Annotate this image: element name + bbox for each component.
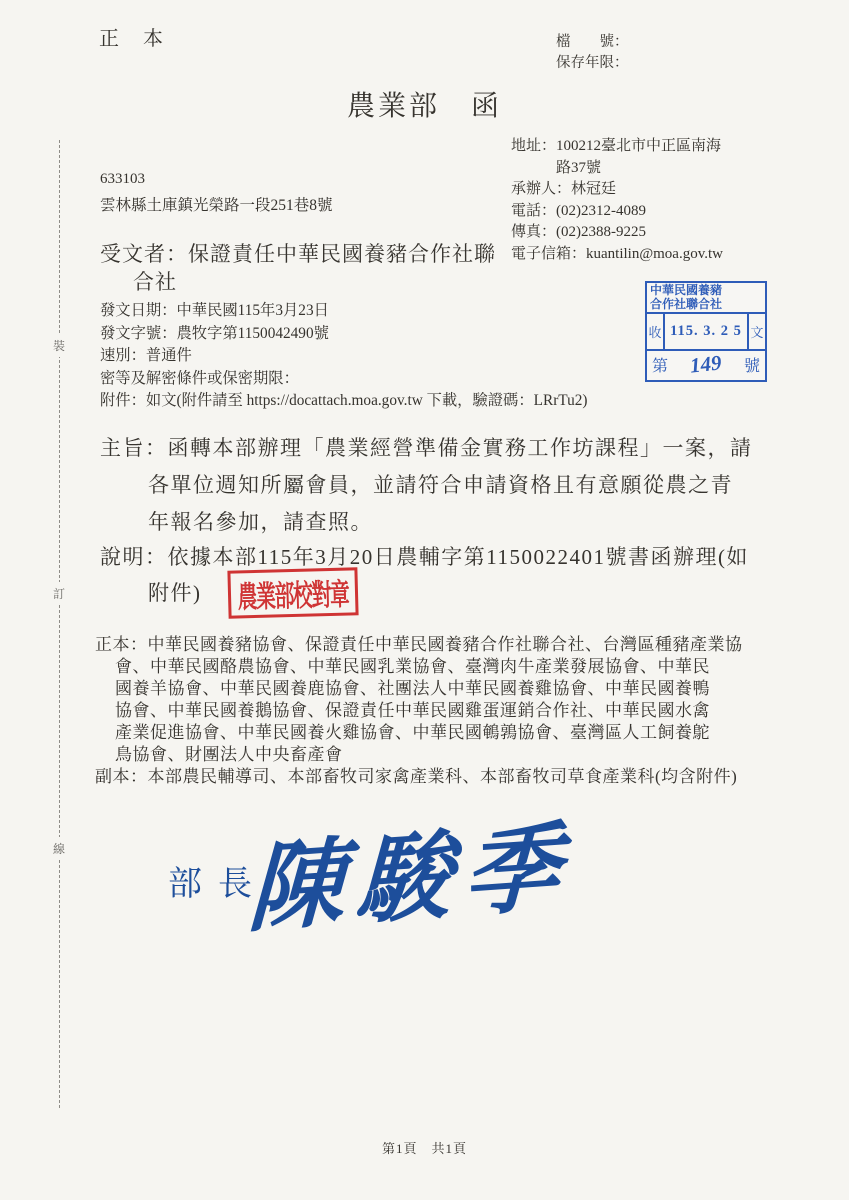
recipient-address: 雲林縣土庫鎮光榮路一段251巷8號 [100, 193, 333, 215]
receive-stamp-org-row2: 合作社聯合社 [650, 298, 762, 312]
receive-stamp-no-prefix: 第 [652, 353, 668, 376]
subject-text-2: 各單位週知所屬會員，並請符合申請資格且有意願從農之青 [100, 467, 753, 504]
issue-date: 發文日期：中華民國115年3月23日 [100, 300, 588, 323]
primary-copy-text-5: 產業促進協會、中華民國養火雞協會、中華民國鵪鶉協會、臺灣區人工飼養鴕 [95, 722, 743, 744]
sender-address-line2: 路37號 [511, 158, 723, 180]
issue-number: 發文字號：農牧字第1150042490號 [100, 323, 588, 346]
file-number-block: 檔 號： 保存年限： [556, 32, 629, 74]
recipient-zip: 633103 [100, 171, 145, 188]
document-meta-block: 發文日期：中華民國115年3月23日 發文字號：農牧字第1150042490號 … [100, 300, 588, 413]
primary-copy-text-2: 會、中華民國酪農協會、中華民國乳業協會、臺灣肉牛產業發展協會、中華民 [95, 656, 743, 678]
attachment-note: 附件：如文(附件請至 https://docattach.moa.gov.tw … [100, 390, 588, 413]
binding-mark-xian: 線 [51, 837, 67, 860]
cc-copy-line: 副本：本部農民輔導司、本部畜牧司家禽產業科、本部畜牧司草食產業科(均含附件) [95, 766, 743, 788]
page-number-footer: 第1頁 共1頁 [0, 1138, 849, 1157]
receive-stamp-wen: 文 [747, 314, 765, 349]
explanation-line1: 說明：依據本部115年3月20日農輔字第1150022401號書函辦理(如 [100, 539, 749, 575]
primary-copy-text-3: 國養羊協會、中華民國養鹿協會、社團法人中華民國養雞協會、中華民國養鴨 [95, 678, 743, 700]
receive-stamp-no-value: 149 [689, 350, 723, 378]
copy-type-label: 正 本 [99, 22, 165, 51]
copies-block: 正本：中華民國養豬協會、保證責任中華民國養豬合作社聯合社、台灣區種豬產業協 會、… [95, 634, 743, 788]
retention-label: 保存年限： [556, 53, 629, 74]
cc-copy-text: 本部農民輔導司、本部畜牧司家禽產業科、本部畜牧司草食產業科(均含附件) [148, 767, 738, 786]
explanation-text-1: 依據本部115年3月20日農輔字第1150022401號書函辦理(如 [168, 545, 749, 569]
agency-red-seal-text: 農業部校對章 [237, 570, 349, 617]
receive-stamp-no-suffix: 號 [744, 353, 760, 376]
subject-line1: 主旨：函轉本部辦理「農業經營準備金實務工作坊課程」一案，請 [100, 430, 753, 467]
document-title: 農業部 函 [0, 84, 849, 124]
explanation-block: 說明：依據本部115年3月20日農輔字第1150022401號書函辦理(如 附件… [100, 539, 749, 611]
binding-mark-ding: 訂 [51, 582, 67, 605]
primary-copy-text-1: 中華民國養豬協會、保證責任中華民國養豬合作社聯合社、台灣區種豬產業協 [148, 635, 743, 654]
receive-stamp-org-row1: 中華民國養豬 [650, 284, 762, 298]
sender-fax: 傳真：(02)2388-9225 [511, 222, 723, 244]
receive-stamp-shou: 收 [647, 314, 665, 349]
subject-text-3: 年報名參加，請查照。 [100, 504, 753, 541]
agency-red-seal: 農業部校對章 [227, 567, 358, 618]
sender-email: 電子信箱：kuantilin@moa.gov.tw [511, 244, 723, 266]
binding-mark-zhuang: 裝 [51, 334, 67, 357]
recipient-line2: 合社 [133, 266, 177, 296]
sender-info-block: 地址：100212臺北市中正區南海 路37號 承辦人：林冠廷 電話：(02)23… [511, 136, 723, 265]
subject-block: 主旨：函轉本部辦理「農業經營準備金實務工作坊課程」一案，請 各單位週知所屬會員，… [100, 430, 753, 541]
primary-copy-text-6: 鳥協會、財團法人中央畜產會 [95, 744, 743, 766]
minister-signature: 陳駿季 [246, 790, 574, 950]
receive-stamp-number-row: 第 149 號 [647, 351, 765, 377]
explanation-label: 說明： [100, 545, 168, 569]
receive-stamp: 中華民國養豬 合作社聯合社 收 115. 3. 2 5 文 第 149 號 [645, 281, 767, 382]
subject-label: 主旨： [100, 436, 168, 460]
security-class: 密等及解密條件或保密期限： [100, 368, 588, 391]
primary-copy-text-4: 協會、中華民國養鵝協會、保證責任中華民國雞蛋運銷合作社、中華民國水禽 [95, 700, 743, 722]
file-number-label: 檔 號： [556, 32, 629, 53]
sender-address-line1: 地址：100212臺北市中正區南海 [511, 136, 723, 158]
speed-class: 速別：普通件 [100, 345, 588, 368]
sender-contact-person: 承辦人：林冠廷 [511, 179, 723, 201]
receive-stamp-date: 115. 3. 2 5 [665, 314, 747, 349]
scanned-letter-page: 裝 訂 線 正 本 檔 號： 保存年限： 農業部 函 地址：100212臺北市中… [0, 0, 849, 1200]
explanation-text-2: 附件) [100, 575, 749, 611]
recipient-line1: 受文者：保證責任中華民國養豬合作社聯 [100, 238, 496, 268]
primary-copy-label: 正本： [95, 635, 148, 654]
sender-phone: 電話：(02)2312-4089 [511, 201, 723, 223]
receive-stamp-org: 中華民國養豬 合作社聯合社 [647, 283, 765, 311]
binding-dashed-line [59, 140, 60, 1108]
cc-copy-label: 副本： [95, 767, 148, 786]
receive-stamp-date-row: 收 115. 3. 2 5 文 [647, 312, 765, 351]
primary-copy-line1: 正本：中華民國養豬協會、保證責任中華民國養豬合作社聯合社、台灣區種豬產業協 [95, 634, 743, 656]
subject-text-1: 函轉本部辦理「農業經營準備金實務工作坊課程」一案，請 [168, 436, 753, 460]
